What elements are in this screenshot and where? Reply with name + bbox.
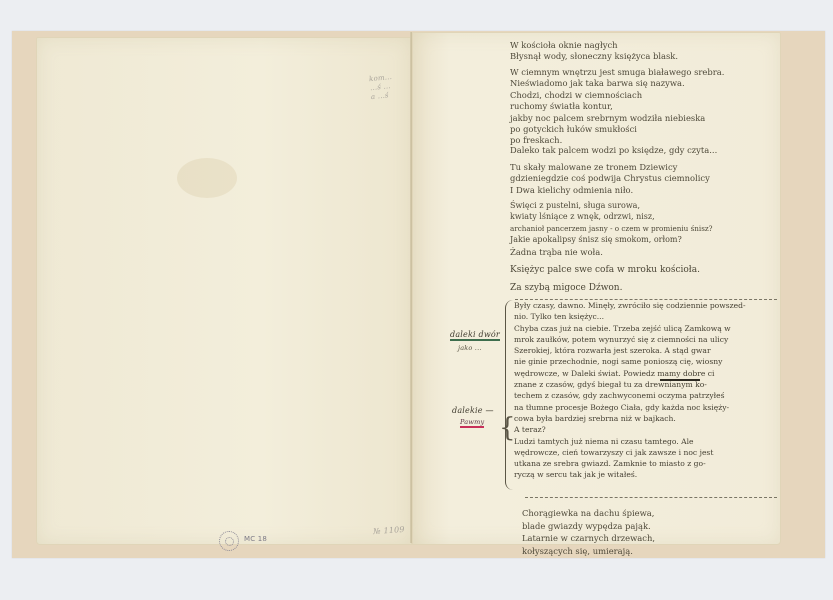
stanza-2: W ciemnym wnętrzu jest smuga białawego s… — [510, 67, 724, 147]
verse-line: I Dwa kielichy odmienia niło. — [510, 185, 710, 196]
verse-line: kołyszących się, umierają. — [522, 545, 655, 558]
library-stamp-icon — [219, 531, 239, 551]
stanza-3: Daleko tak palcem wodzi po księdze, gdy … — [510, 145, 717, 156]
prose-line: wędrowcze, w Daleki świat. Powiedz mamy … — [514, 368, 746, 379]
verse-line: Jakie apokalipsy śnisz się smokom, orłom… — [510, 234, 713, 245]
prose-line: ryczą w sercu tak jak je witałeś. — [514, 469, 746, 480]
prose-line: A teraz? — [514, 424, 746, 435]
verse-line: Nieświadomo jak taka barwa się nazywa. — [510, 78, 724, 89]
verse-line: jakby noc palcem srebrnym wodziła niebie… — [510, 113, 724, 124]
verse-line: po gotyckich łuków smukłości — [510, 124, 724, 135]
stanza-7: Księżyc palce swe cofa w mroku kościoła. — [510, 265, 700, 276]
prose-line: nio. Tylko ten księżyc... — [514, 311, 746, 322]
prose-line: Ludzi tamtych już niema ni czasu tamtego… — [514, 436, 746, 447]
verse-line: Za szybą migoce Dźwon. — [510, 283, 622, 294]
prose-line: techem z czasów, gdy zachwyconemi oczyma… — [514, 390, 746, 401]
verse-line: Święci z pustelni, sługa surowa, — [510, 200, 713, 211]
verse-line: Błysnął wody, słoneczny księżyca blask. — [510, 51, 678, 62]
verse-line: Księżyc palce swe cofa w mroku kościoła. — [510, 265, 700, 276]
prose-line: Chyba czas już na ciebie. Trzeba zejść u… — [514, 323, 746, 334]
prose-line: wędrowcze, cień towarzyszy ci jak zawsze… — [514, 447, 746, 458]
margin-note-text: daleki dwór — [450, 330, 500, 341]
section-divider — [525, 497, 777, 498]
verse-line: W ciemnym wnętrzu jest smuga białawego s… — [510, 67, 724, 78]
stanza-1: W kościoła oknie nagłych Błysnął wody, s… — [510, 40, 678, 63]
verse-line: archanioł pancerzem jasny - o czem w pro… — [510, 223, 713, 234]
left-page — [36, 37, 412, 545]
prose-line: na tłumne procesje Bożego Ciała, gdy każ… — [514, 402, 746, 413]
verse-line: Chorągiewka na dachu śpiewa, — [522, 507, 655, 520]
word-underline-mark — [660, 379, 700, 381]
margin-note-2-sub: Pawmy — [460, 418, 484, 426]
stanza-6: Żadna trąba nie woła. — [510, 247, 603, 258]
final-stanza: Chorągiewka na dachu śpiewa, blade gwiaz… — [522, 507, 655, 557]
stanza-4: Tu skały malowane ze tronem Dziewicy gdz… — [510, 162, 710, 196]
pencil-note: kom... ...ś ... a ...ś — [369, 73, 395, 102]
prose-line: nie ginie przechodnie, nogi same poniosz… — [514, 356, 746, 367]
margin-note-1: daleki dwór — [450, 330, 500, 339]
paper-stain — [177, 158, 237, 198]
bracket-line — [505, 300, 514, 490]
prose-line: cowa była bardziej srebrna niż w bajkach… — [514, 413, 746, 424]
margin-note-2: dalekie — — [452, 406, 494, 415]
verse-line: ruchomy światła kontur, — [510, 101, 724, 112]
prose-line: znane z czasów, gdyś biegał tu za drewni… — [514, 379, 746, 390]
prose-line: Szerokiej, która rozwarła jest szeroka. … — [514, 345, 746, 356]
verse-line: Daleko tak palcem wodzi po księdze, gdy … — [510, 145, 717, 156]
verse-line: gdzieniegdzie coś podwija Chrystus ciemn… — [510, 173, 710, 184]
verse-line: W kościoła oknie nagłych — [510, 40, 678, 51]
verse-line: Chodzi, chodzi w ciemnościach — [510, 90, 724, 101]
margin-note-subtext: jako ... — [458, 344, 482, 352]
stanza-5: Święci z pustelni, sługa surowa, kwiaty … — [510, 200, 713, 246]
prose-line: utkana ze srebra gwiazd. Zamknie to mias… — [514, 458, 746, 469]
prose-line: mrok zaułków, potem wynurzyć się z ciemn… — [514, 334, 746, 345]
verse-line: blade gwiazdy wypędza pająk. — [522, 520, 655, 533]
verse-line: Latarnie w czarnych drzewach, — [522, 532, 655, 545]
verse-line: kwiaty lśniące z wnęk, odrzwi, nisz, — [510, 211, 713, 222]
verse-line: Tu skały malowane ze tronem Dziewicy — [510, 162, 710, 173]
stanza-8: Za szybą migoce Dźwon. — [510, 283, 622, 294]
bracketed-passage: Były czasy, dawno. Minęły, zwróciło się … — [514, 300, 746, 481]
verse-line: Żadna trąba nie woła. — [510, 247, 603, 258]
prose-line: Były czasy, dawno. Minęły, zwróciło się … — [514, 300, 746, 311]
margin-note-subtext: Pawmy — [460, 418, 484, 428]
stamp-label: MC 18 — [244, 535, 267, 543]
